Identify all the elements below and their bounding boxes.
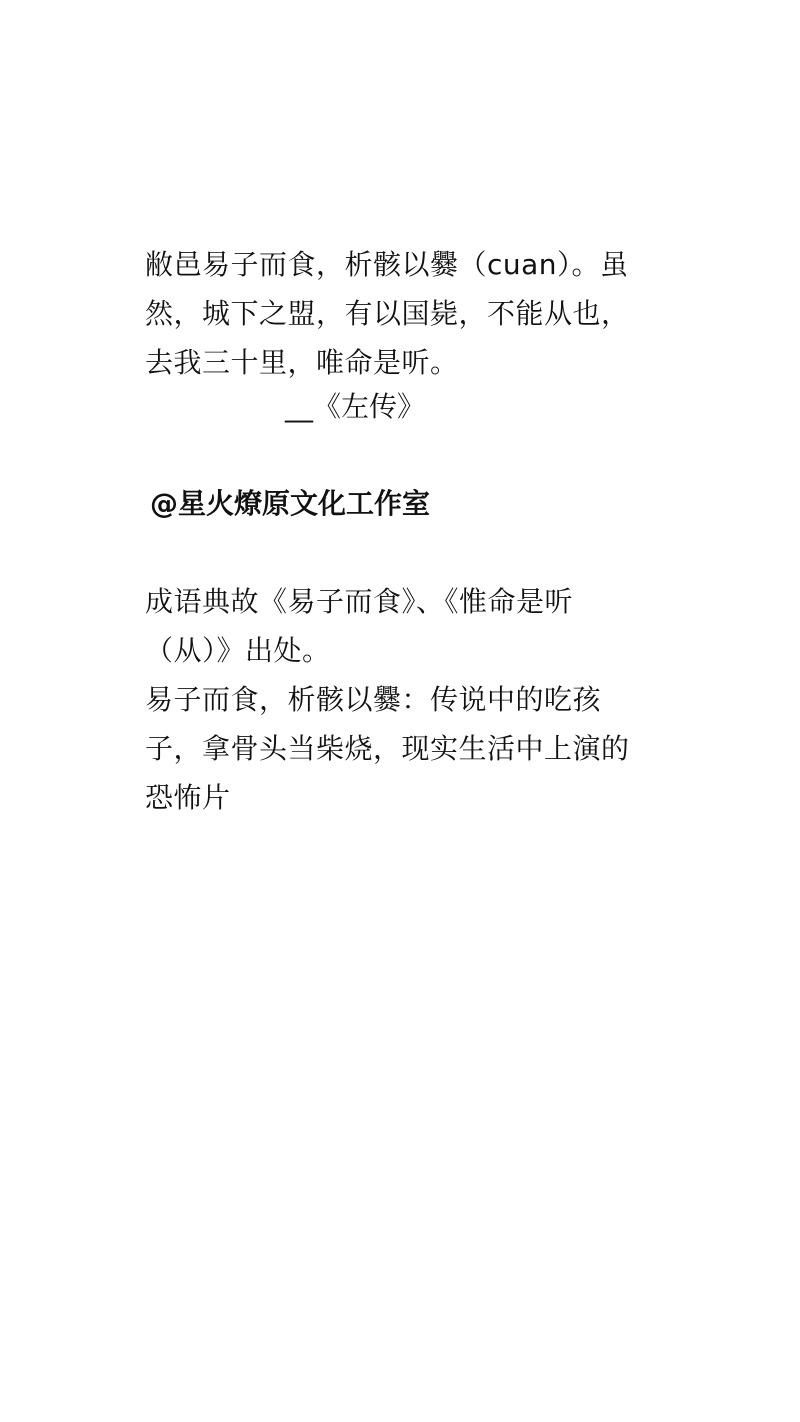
- quote-line: 去我三十里，唯命是听。: [145, 338, 645, 387]
- note-line: 子，拿骨头当柴烧，现实生活中上演的: [145, 724, 645, 773]
- note-line: 成语典故《易子而食》、《惟命是听: [145, 577, 645, 626]
- quote-source: __《左传》: [145, 387, 645, 427]
- classical-quote: 敝邑易子而食，析骸以爨（cuan）。虽 然，城下之盟，有以国毙，不能从也， 去我…: [145, 240, 645, 427]
- quote-line: 然，城下之盟，有以国毙，不能从也，: [145, 289, 645, 338]
- note-line: （从）》出处。: [145, 626, 645, 675]
- note-line: 恐怖片: [145, 773, 645, 822]
- quote-line: 敝邑易子而食，析骸以爨（cuan）。虽: [145, 240, 645, 289]
- article: 敝邑易子而食，析骸以爨（cuan）。虽 然，城下之盟，有以国毙，不能从也， 去我…: [145, 240, 645, 822]
- note-line: 易子而食，析骸以爨：传说中的吃孩: [145, 675, 645, 724]
- author-signature: @星火燎原文化工作室: [150, 484, 645, 524]
- explanation-notes: 成语典故《易子而食》、《惟命是听 （从）》出处。 易子而食，析骸以爨：传说中的吃…: [145, 577, 645, 822]
